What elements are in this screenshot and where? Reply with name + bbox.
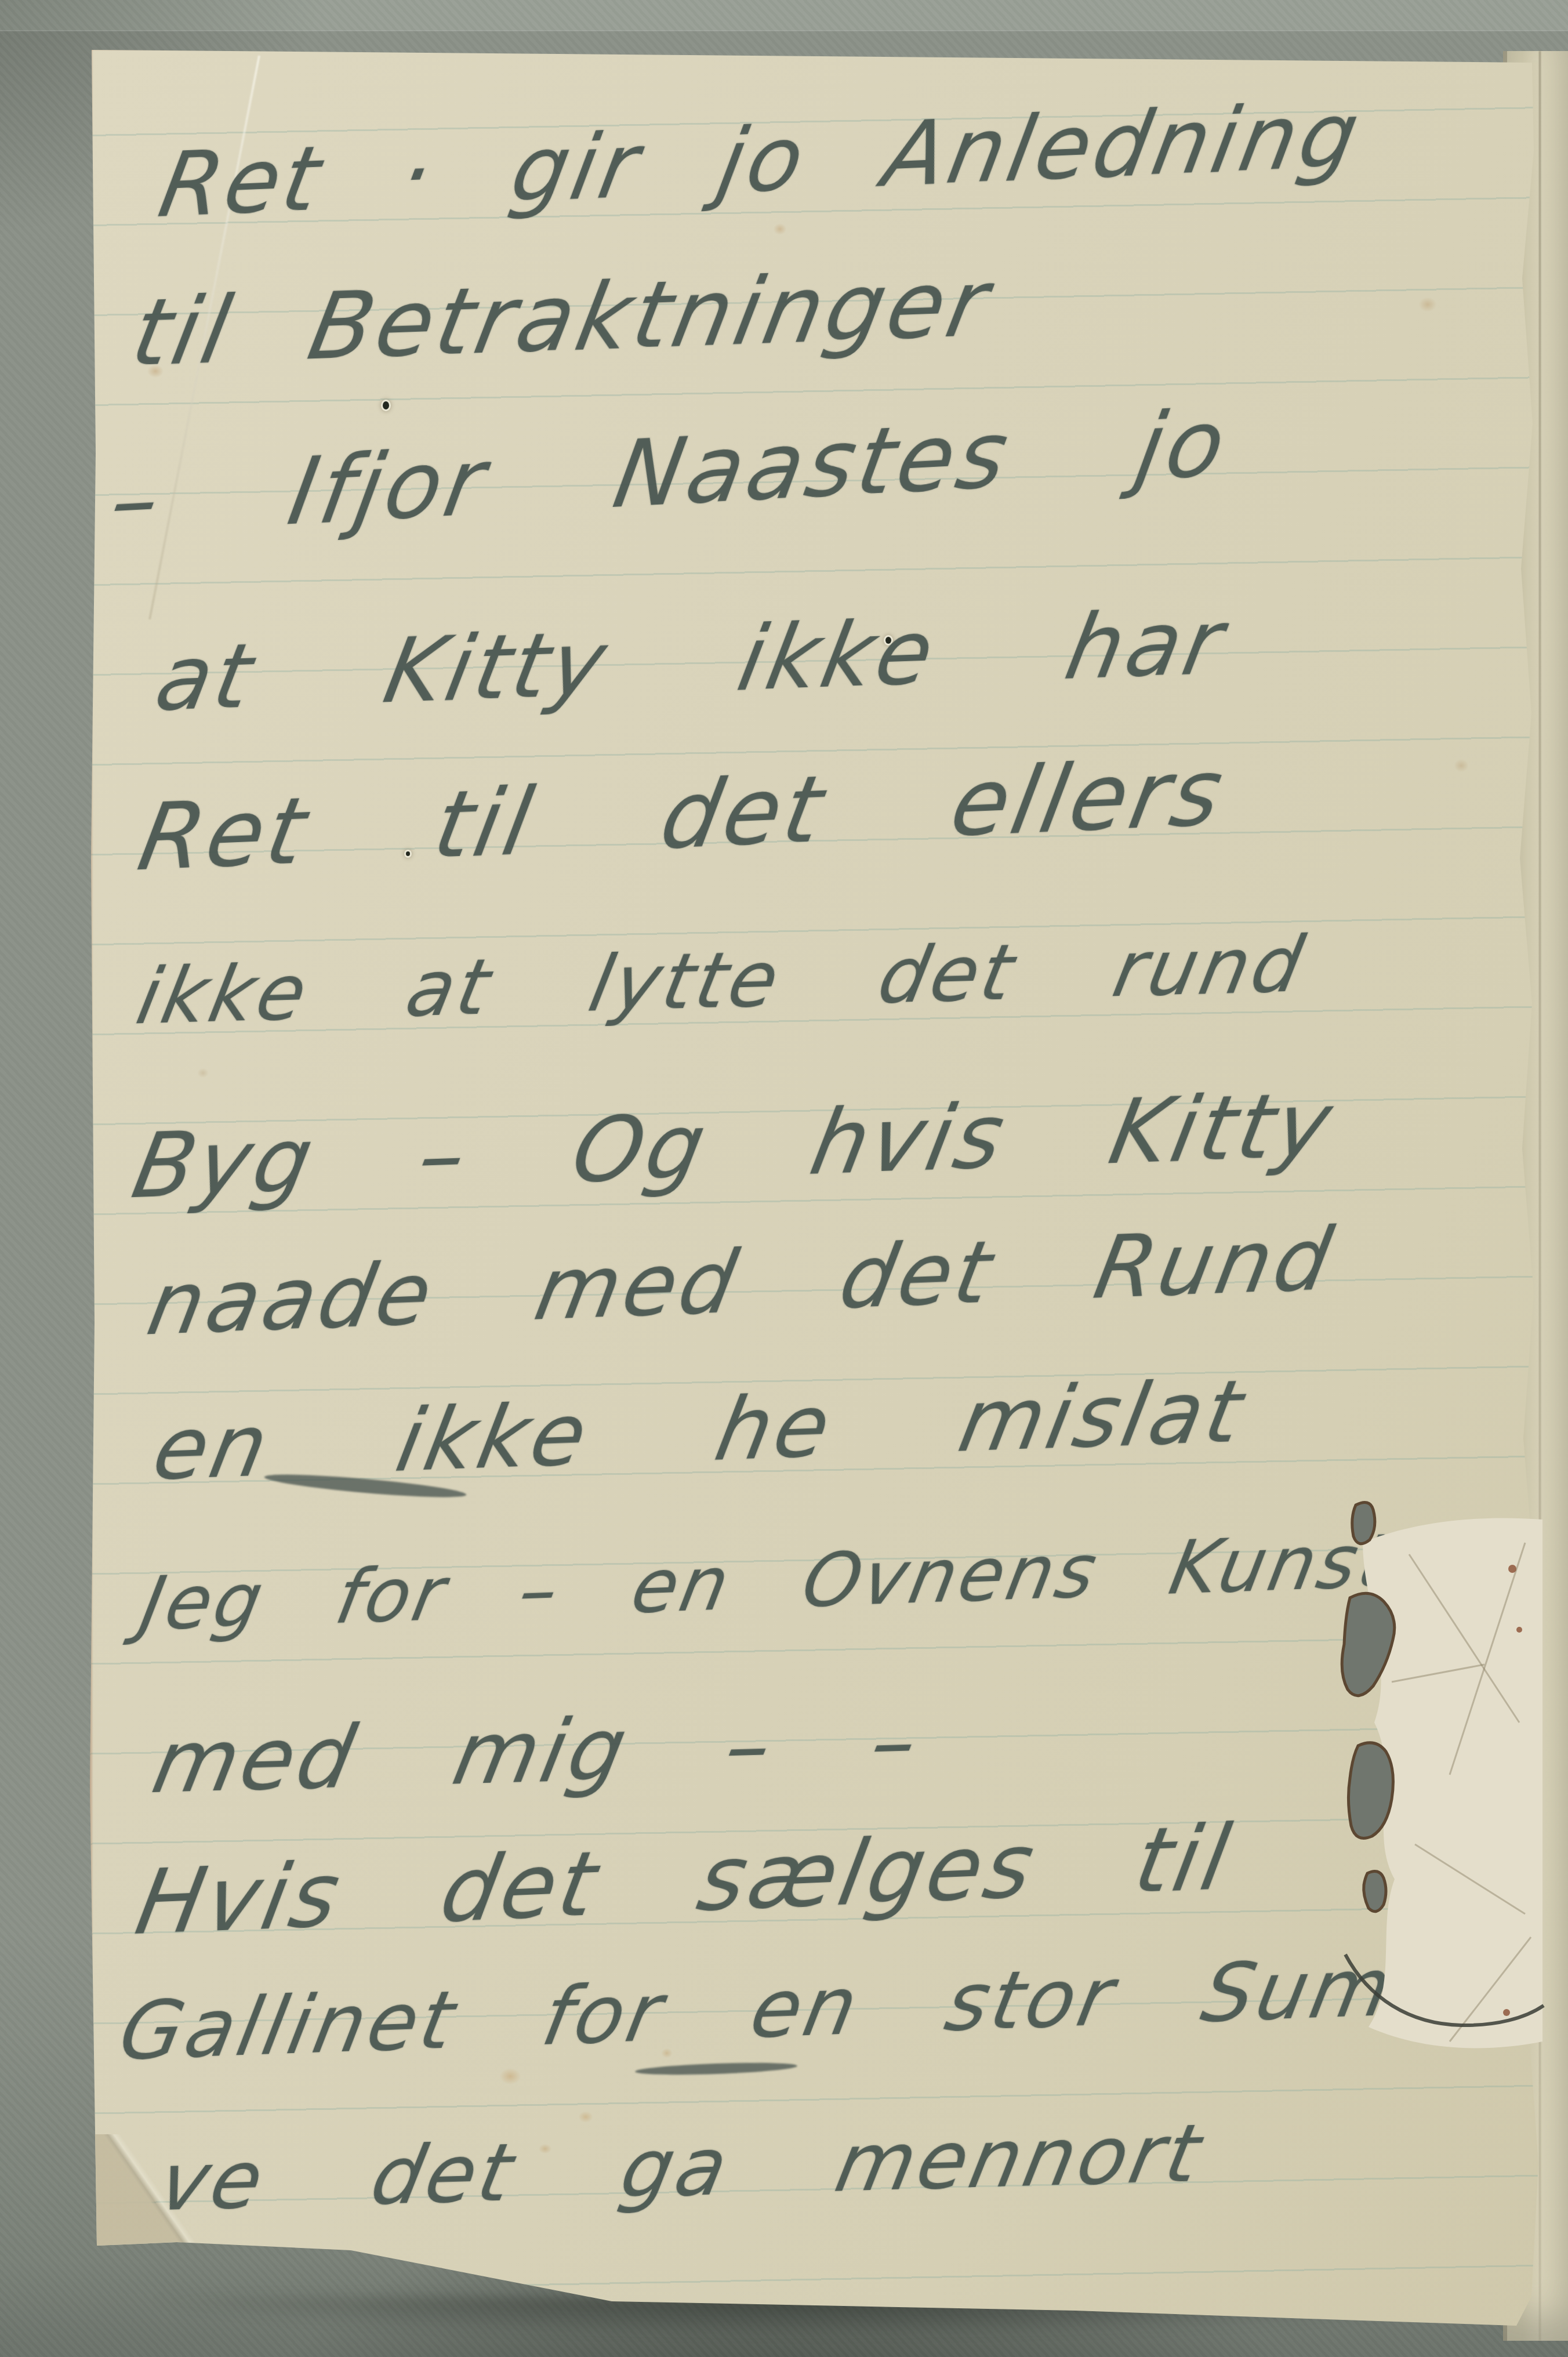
handwriting-line: Gallinet for en stor Sum <box>112 1940 1402 2079</box>
handwriting-line: Jeg for – en Ovnens Kunst <box>134 1518 1399 1647</box>
handwriting-line: Ret · gir jo Anledning <box>152 83 1370 237</box>
handwriting-line: naade med det Rund <box>140 1209 1342 1355</box>
handwriting-line: med mig – – <box>145 1691 929 1812</box>
handwriting-line: Hvis det sælges til <box>129 1805 1241 1955</box>
handwriting-line: – Ifjor Naastes jo <box>103 389 1236 556</box>
handwriting-line: Ret til det ellers <box>130 739 1234 892</box>
handwriting-line: til Betraktninger <box>124 249 1000 387</box>
handwriting-line: ve det ga mennort <box>152 2106 1211 2229</box>
tear-region <box>1276 1473 1568 2088</box>
handwriting-line: ikke at lytte det rund <box>130 920 1313 1042</box>
backdrop-fold-line <box>0 30 1568 32</box>
handwriting-line: at Kitty ikke har <box>148 590 1235 731</box>
handwriting-line: Byg – Og hvis Kitty <box>125 1073 1343 1218</box>
